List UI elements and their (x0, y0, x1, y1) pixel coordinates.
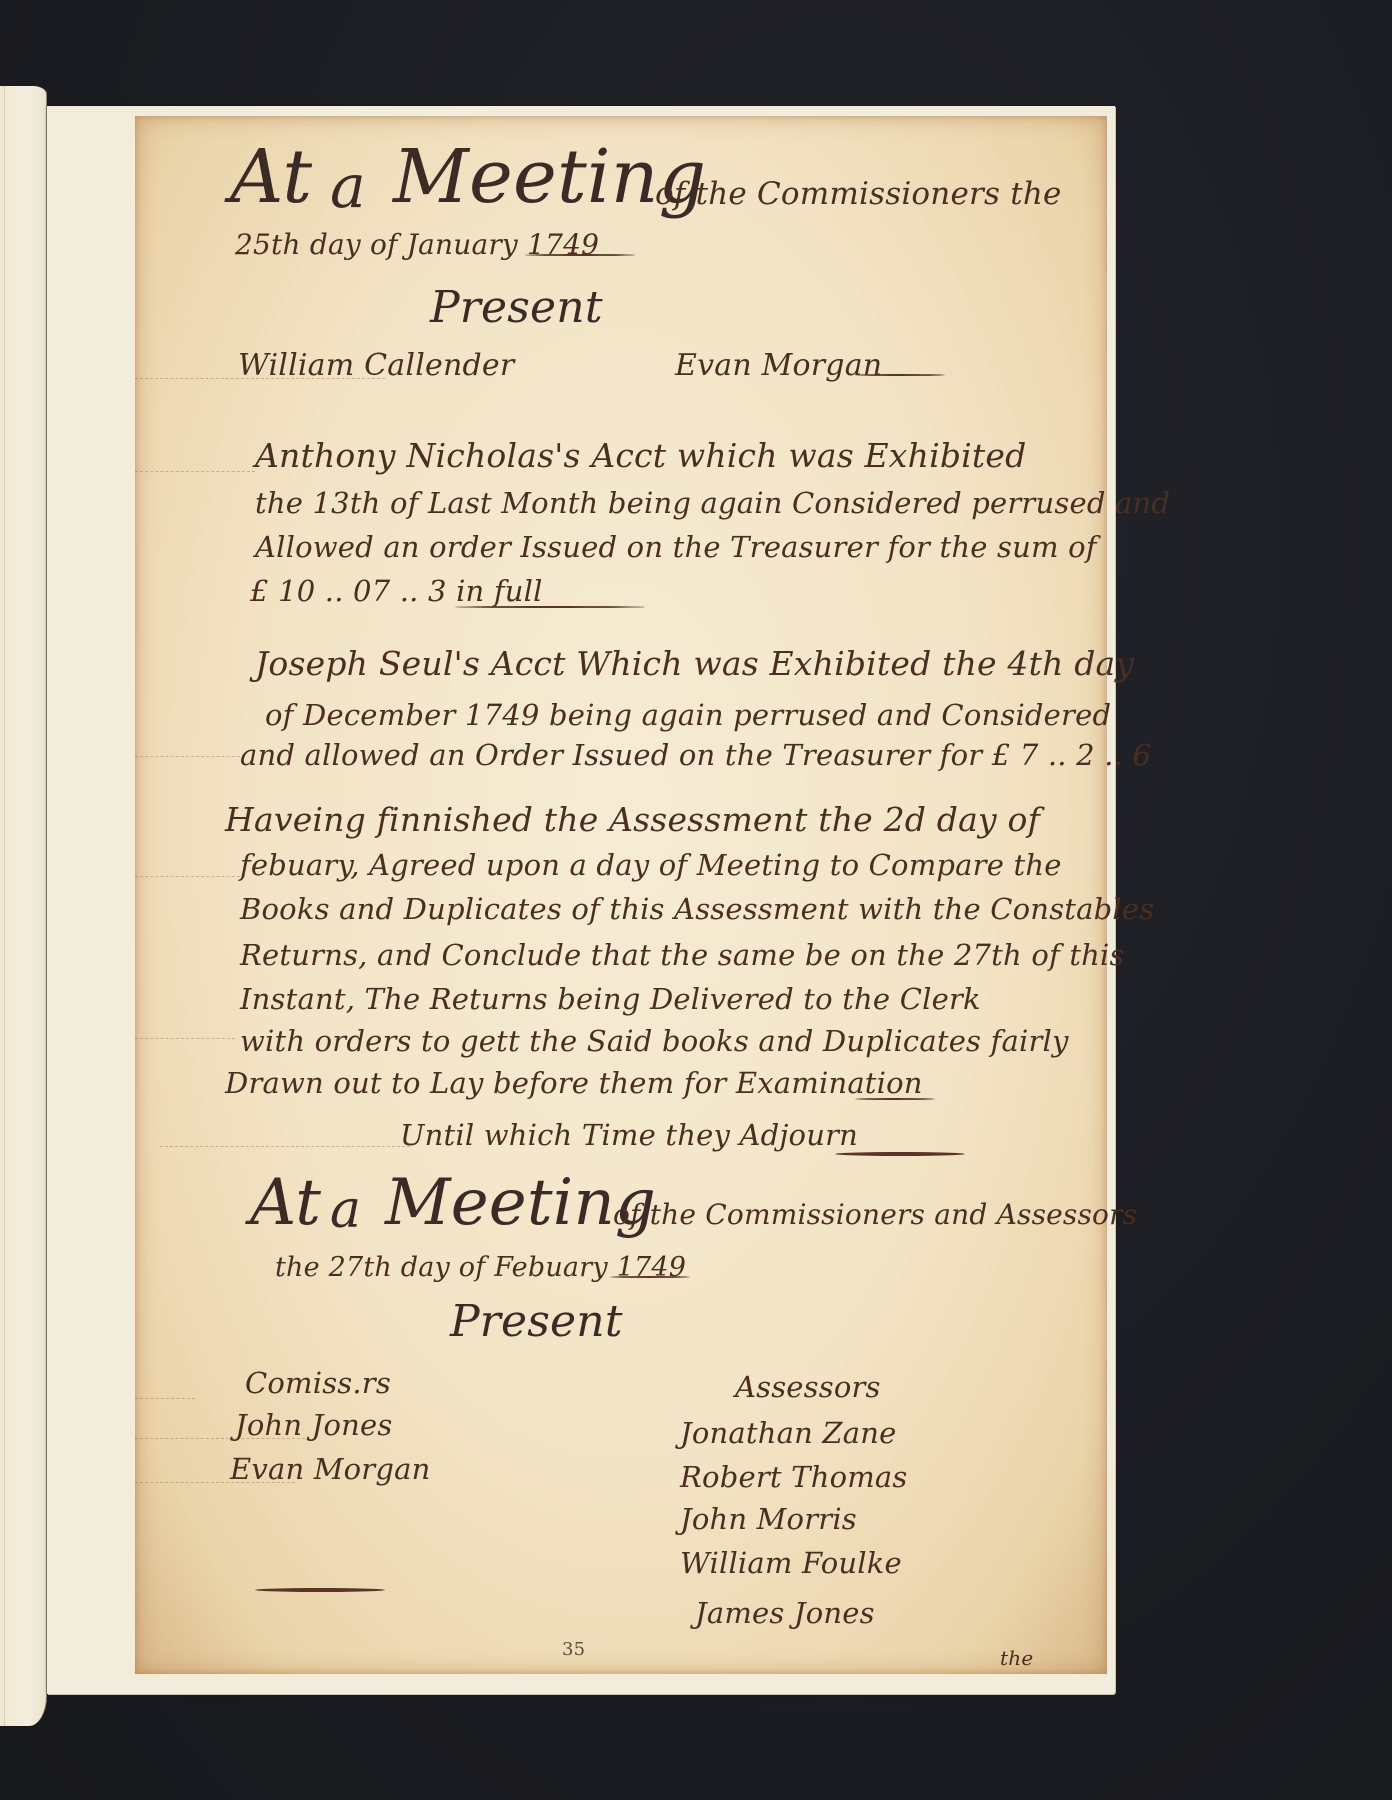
assessor-4: William Foulke (680, 1546, 902, 1580)
flourish (525, 254, 635, 256)
present2-label: Present (450, 1296, 623, 1347)
assessor-3: John Morris (680, 1502, 857, 1536)
ruled-line (135, 756, 245, 757)
heading2-rest: of the Commissioners and Assessors (613, 1198, 1137, 1231)
adjourn-line: Until which Time they Adjourn (400, 1118, 858, 1152)
entry-2-line-1: Joseph Seul's Acct Which was Exhibited t… (255, 644, 1134, 683)
flourish (835, 1152, 965, 1156)
flourish (855, 374, 945, 376)
flourish (610, 1276, 690, 1278)
assessor-2: Robert Thomas (680, 1460, 908, 1494)
entry-3-line-1: Haveing finnished the Assessment the 2d … (225, 800, 1040, 839)
flourish (455, 606, 645, 608)
assessor-5: James Jones (695, 1596, 875, 1630)
ruled-line (135, 1398, 195, 1399)
commissioner-2: Evan Morgan (230, 1452, 431, 1486)
entry-2-line-3: and allowed an Order Issued on the Treas… (240, 738, 1151, 772)
entry-3-line-6: with orders to gett the Said books and D… (240, 1024, 1069, 1058)
heading-rest: of the Commissioners the (655, 176, 1062, 212)
ruled-line (160, 1146, 410, 1147)
entry-1-line-4: £ 10 .. 07 .. 3 in full (250, 574, 543, 608)
commissioner-1: John Jones (235, 1408, 392, 1442)
entry-3-line-5: Instant, The Returns being Delivered to … (240, 982, 981, 1016)
catchword: the (1000, 1646, 1033, 1670)
page-number: 35 (562, 1639, 585, 1660)
entry-1-line-3: Allowed an order Issued on the Treasurer… (255, 530, 1097, 564)
heading2-at: At (250, 1166, 321, 1240)
ruled-line (135, 471, 255, 472)
assessor-1: Jonathan Zane (680, 1416, 896, 1450)
meeting-date: 25th day of January 1749 (235, 228, 599, 261)
heading-a: a (330, 152, 366, 222)
entry-3-line-7: Drawn out to Lay before them for Examina… (225, 1066, 923, 1100)
entry-3-line-2: febuary, Agreed upon a day of Meeting to… (240, 848, 1062, 882)
assessors-label: Assessors (735, 1370, 881, 1404)
flourish (255, 1588, 385, 1592)
entry-1-line-2: the 13th of Last Month being again Consi… (255, 486, 1170, 520)
present-name-1: William Callender (238, 348, 514, 383)
commissioners-label: Comiss.rs (245, 1366, 391, 1400)
present-label: Present (430, 282, 603, 333)
heading-at: At (230, 134, 312, 220)
entry-2-line-2: of December 1749 being again perrused an… (265, 698, 1111, 732)
manuscript-page: At a Meeting of the Commissioners the 25… (135, 116, 1107, 1674)
present-name-2: Evan Morgan (675, 348, 882, 383)
heading2-a: a (330, 1180, 361, 1240)
entry-1-line-1: Anthony Nicholas's Acct which was Exhibi… (255, 436, 1026, 475)
entry-3-line-4: Returns, and Conclude that the same be o… (240, 938, 1125, 972)
ruled-line (135, 1038, 235, 1039)
gutter-line (4, 86, 5, 1726)
facing-page-edge (0, 86, 47, 1726)
flourish (855, 1098, 935, 1100)
entry-3-line-3: Books and Duplicates of this Assessment … (240, 892, 1154, 926)
ruled-line (135, 876, 245, 877)
meeting2-date: the 27th day of Febuary 1749 (275, 1252, 686, 1283)
